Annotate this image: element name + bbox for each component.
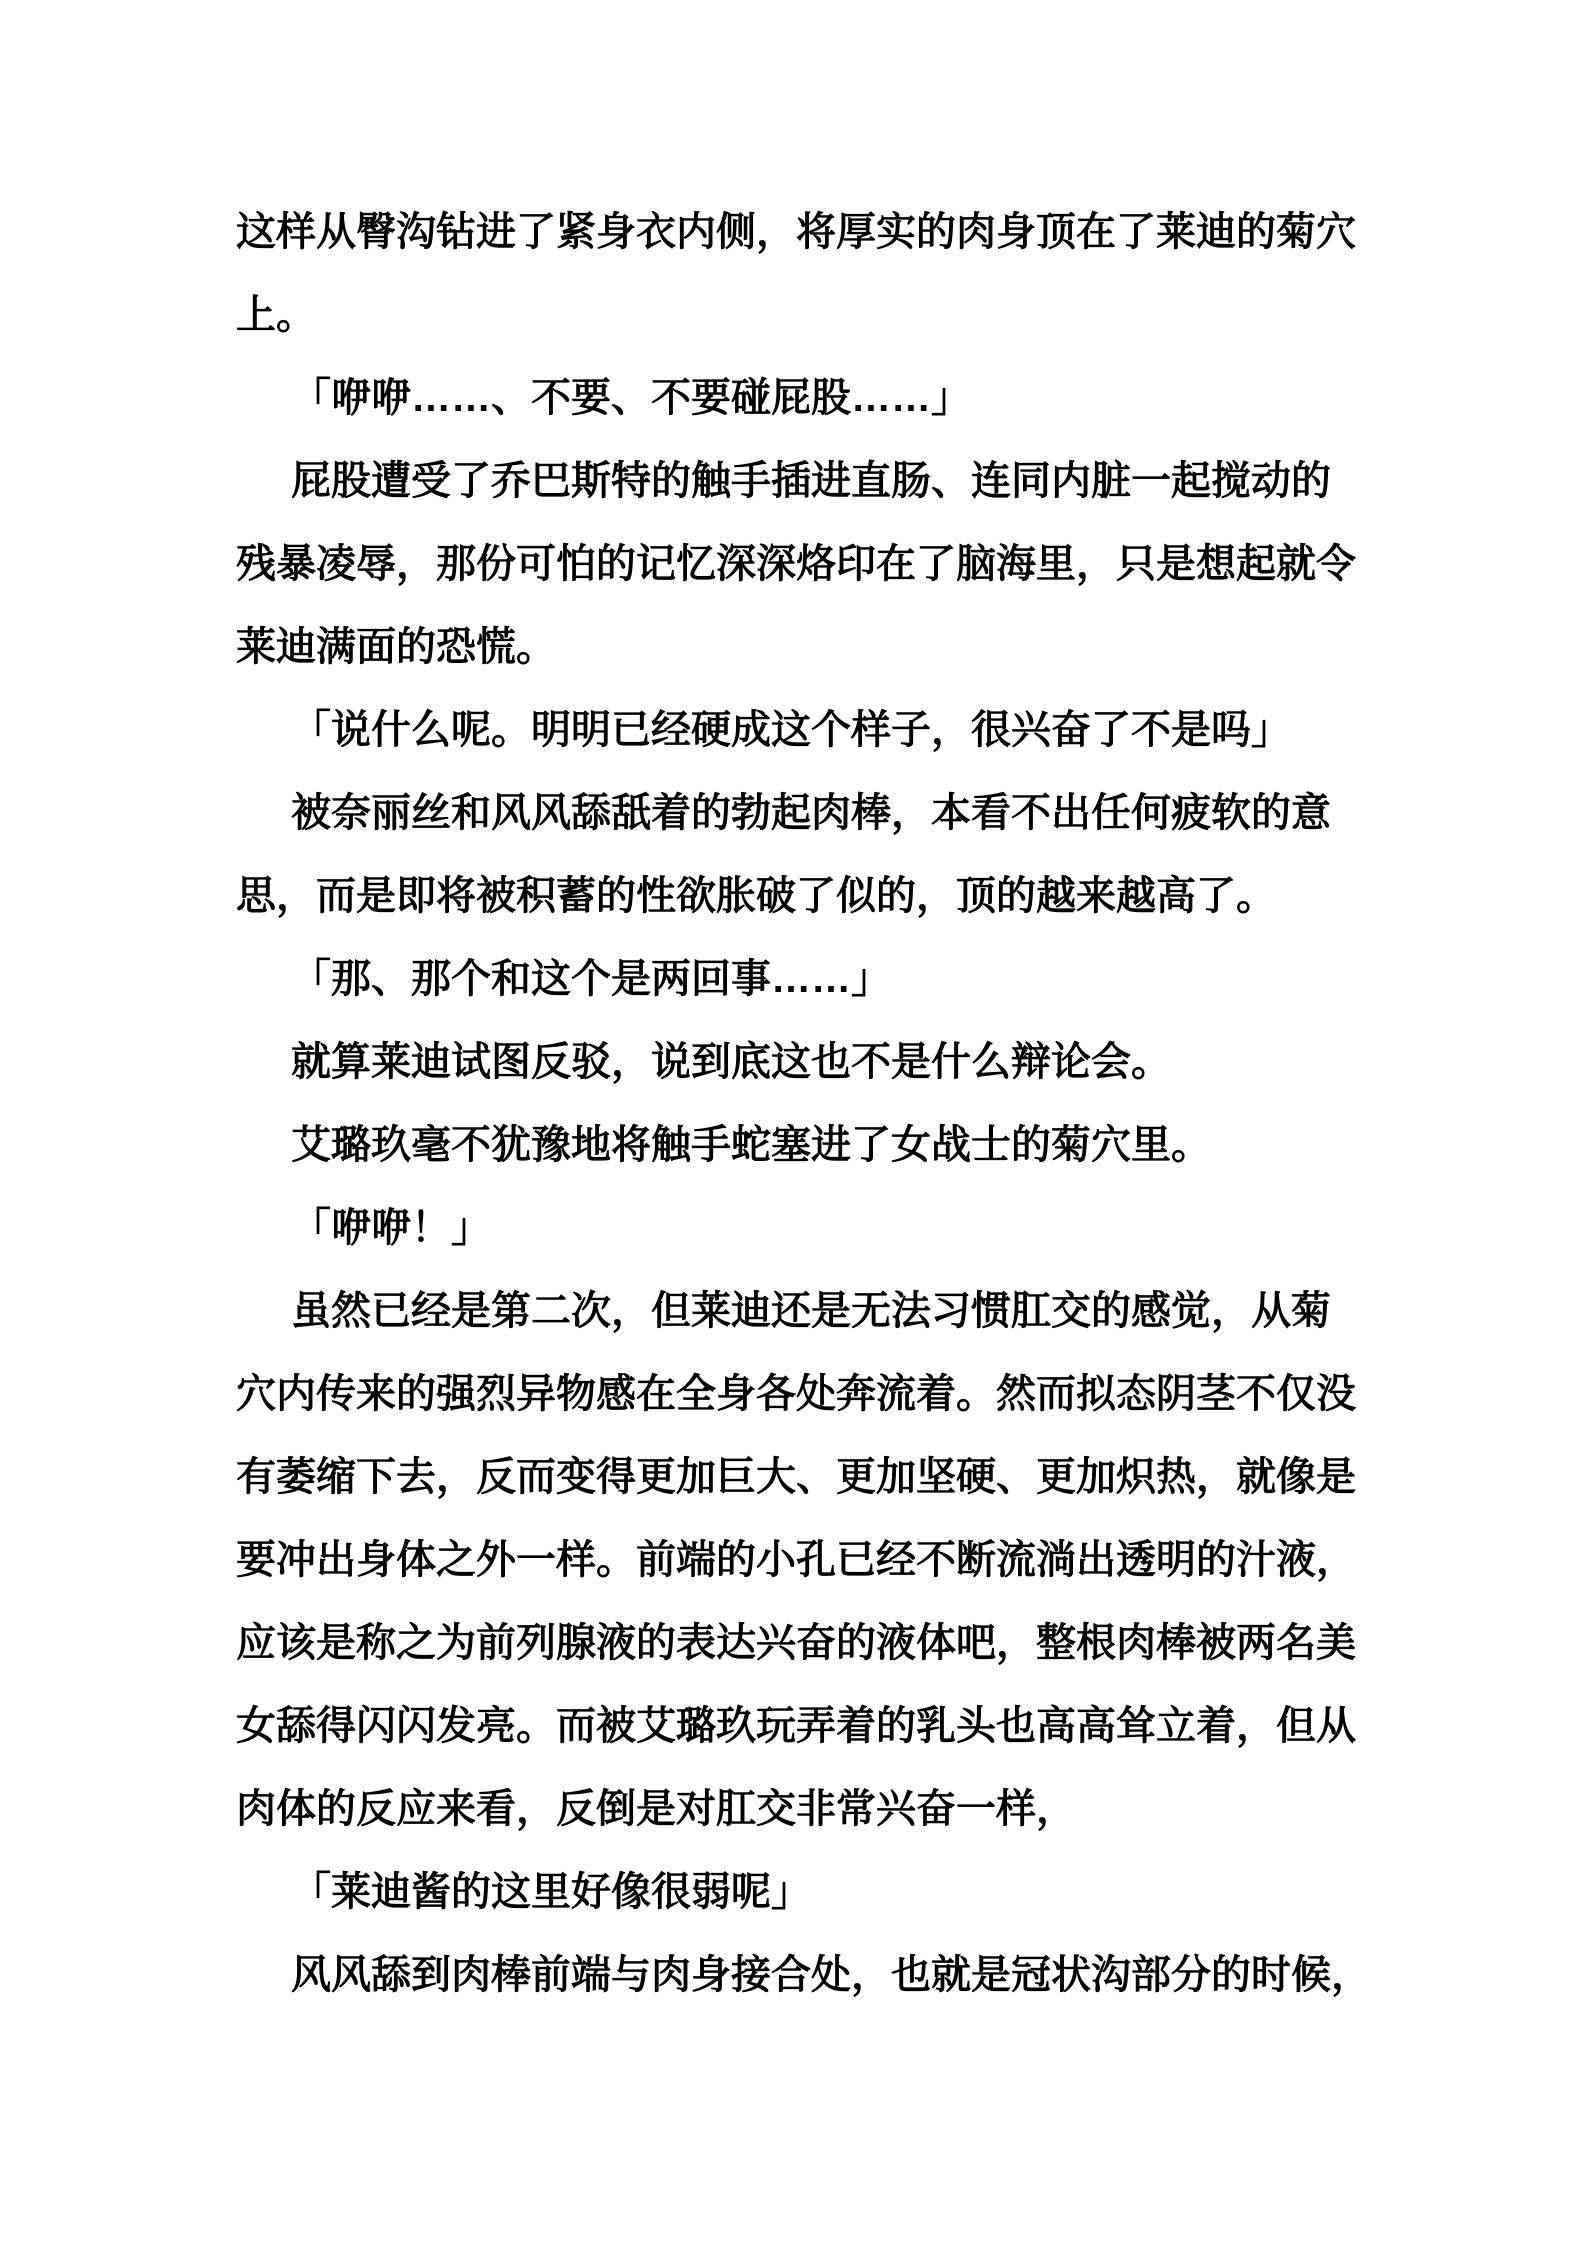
text-line: 艾璐玖毫不犹豫地将触手蛇塞进了女战士的菊穴里。 xyxy=(236,1104,1348,1187)
text-line: 就算莱迪试图反驳，说到底这也不是什么辩论会。 xyxy=(236,1021,1348,1104)
text-line: 应该是称之为前列腺液的表达兴奋的液体吧，整根肉棒被两名美 xyxy=(236,1602,1348,1685)
text-line: 被奈丽丝和风风舔舐着的勃起肉棒，本看不出任何疲软的意 xyxy=(236,772,1348,855)
text-line: 虽然已经是第二次，但莱迪还是无法习惯肛交的感觉，从菊 xyxy=(236,1270,1348,1353)
text-line: 思，而是即将被积蓄的性欲胀破了似的，顶的越来越高了。 xyxy=(236,855,1348,938)
text-line: 这样从臀沟钻进了紧身衣内侧，将厚实的肉身顶在了莱迪的菊穴 xyxy=(236,191,1348,274)
text-line: 「莱迪酱的这里好像很弱呢」 xyxy=(236,1851,1348,1934)
text-line: 穴内传来的强烈异物感在全身各处奔流着。然而拟态阴茎不仅没 xyxy=(236,1353,1348,1436)
text-line: 上。 xyxy=(236,274,1348,357)
novel-page: 这样从臀沟钻进了紧身衣内侧，将厚实的肉身顶在了莱迪的菊穴上。「咿咿……、不要、不… xyxy=(0,0,1587,2245)
text-line: 「咿咿！」 xyxy=(236,1187,1348,1270)
text-line: 屁股遭受了乔巴斯特的触手插进直肠、连同内脏一起搅动的 xyxy=(236,440,1348,523)
text-line: 风风舔到肉棒前端与肉身接合处，也就是冠状沟部分的时候， xyxy=(236,1934,1348,2017)
text-line: 要冲出身体之外一样。前端的小孔已经不断流淌出透明的汁液， xyxy=(236,1519,1348,1602)
text-line: 女舔得闪闪发亮。而被艾璐玖玩弄着的乳头也高高耸立着，但从 xyxy=(236,1685,1348,1768)
text-line: 「咿咿……、不要、不要碰屁股……」 xyxy=(236,357,1348,440)
text-line: 「说什么呢。明明已经硬成这个样子，很兴奋了不是吗」 xyxy=(236,689,1348,772)
text-line: 「那、那个和这个是两回事……」 xyxy=(236,938,1348,1021)
text-line: 莱迪满面的恐慌。 xyxy=(236,606,1348,689)
text-line: 有萎缩下去，反而变得更加巨大、更加坚硬、更加炽热，就像是 xyxy=(236,1436,1348,1519)
text-line: 残暴凌辱，那份可怕的记忆深深烙印在了脑海里，只是想起就令 xyxy=(236,523,1348,606)
novel-text-block: 这样从臀沟钻进了紧身衣内侧，将厚实的肉身顶在了莱迪的菊穴上。「咿咿……、不要、不… xyxy=(236,191,1348,2017)
text-line: 肉体的反应来看，反倒是对肛交非常兴奋一样， xyxy=(236,1768,1348,1851)
